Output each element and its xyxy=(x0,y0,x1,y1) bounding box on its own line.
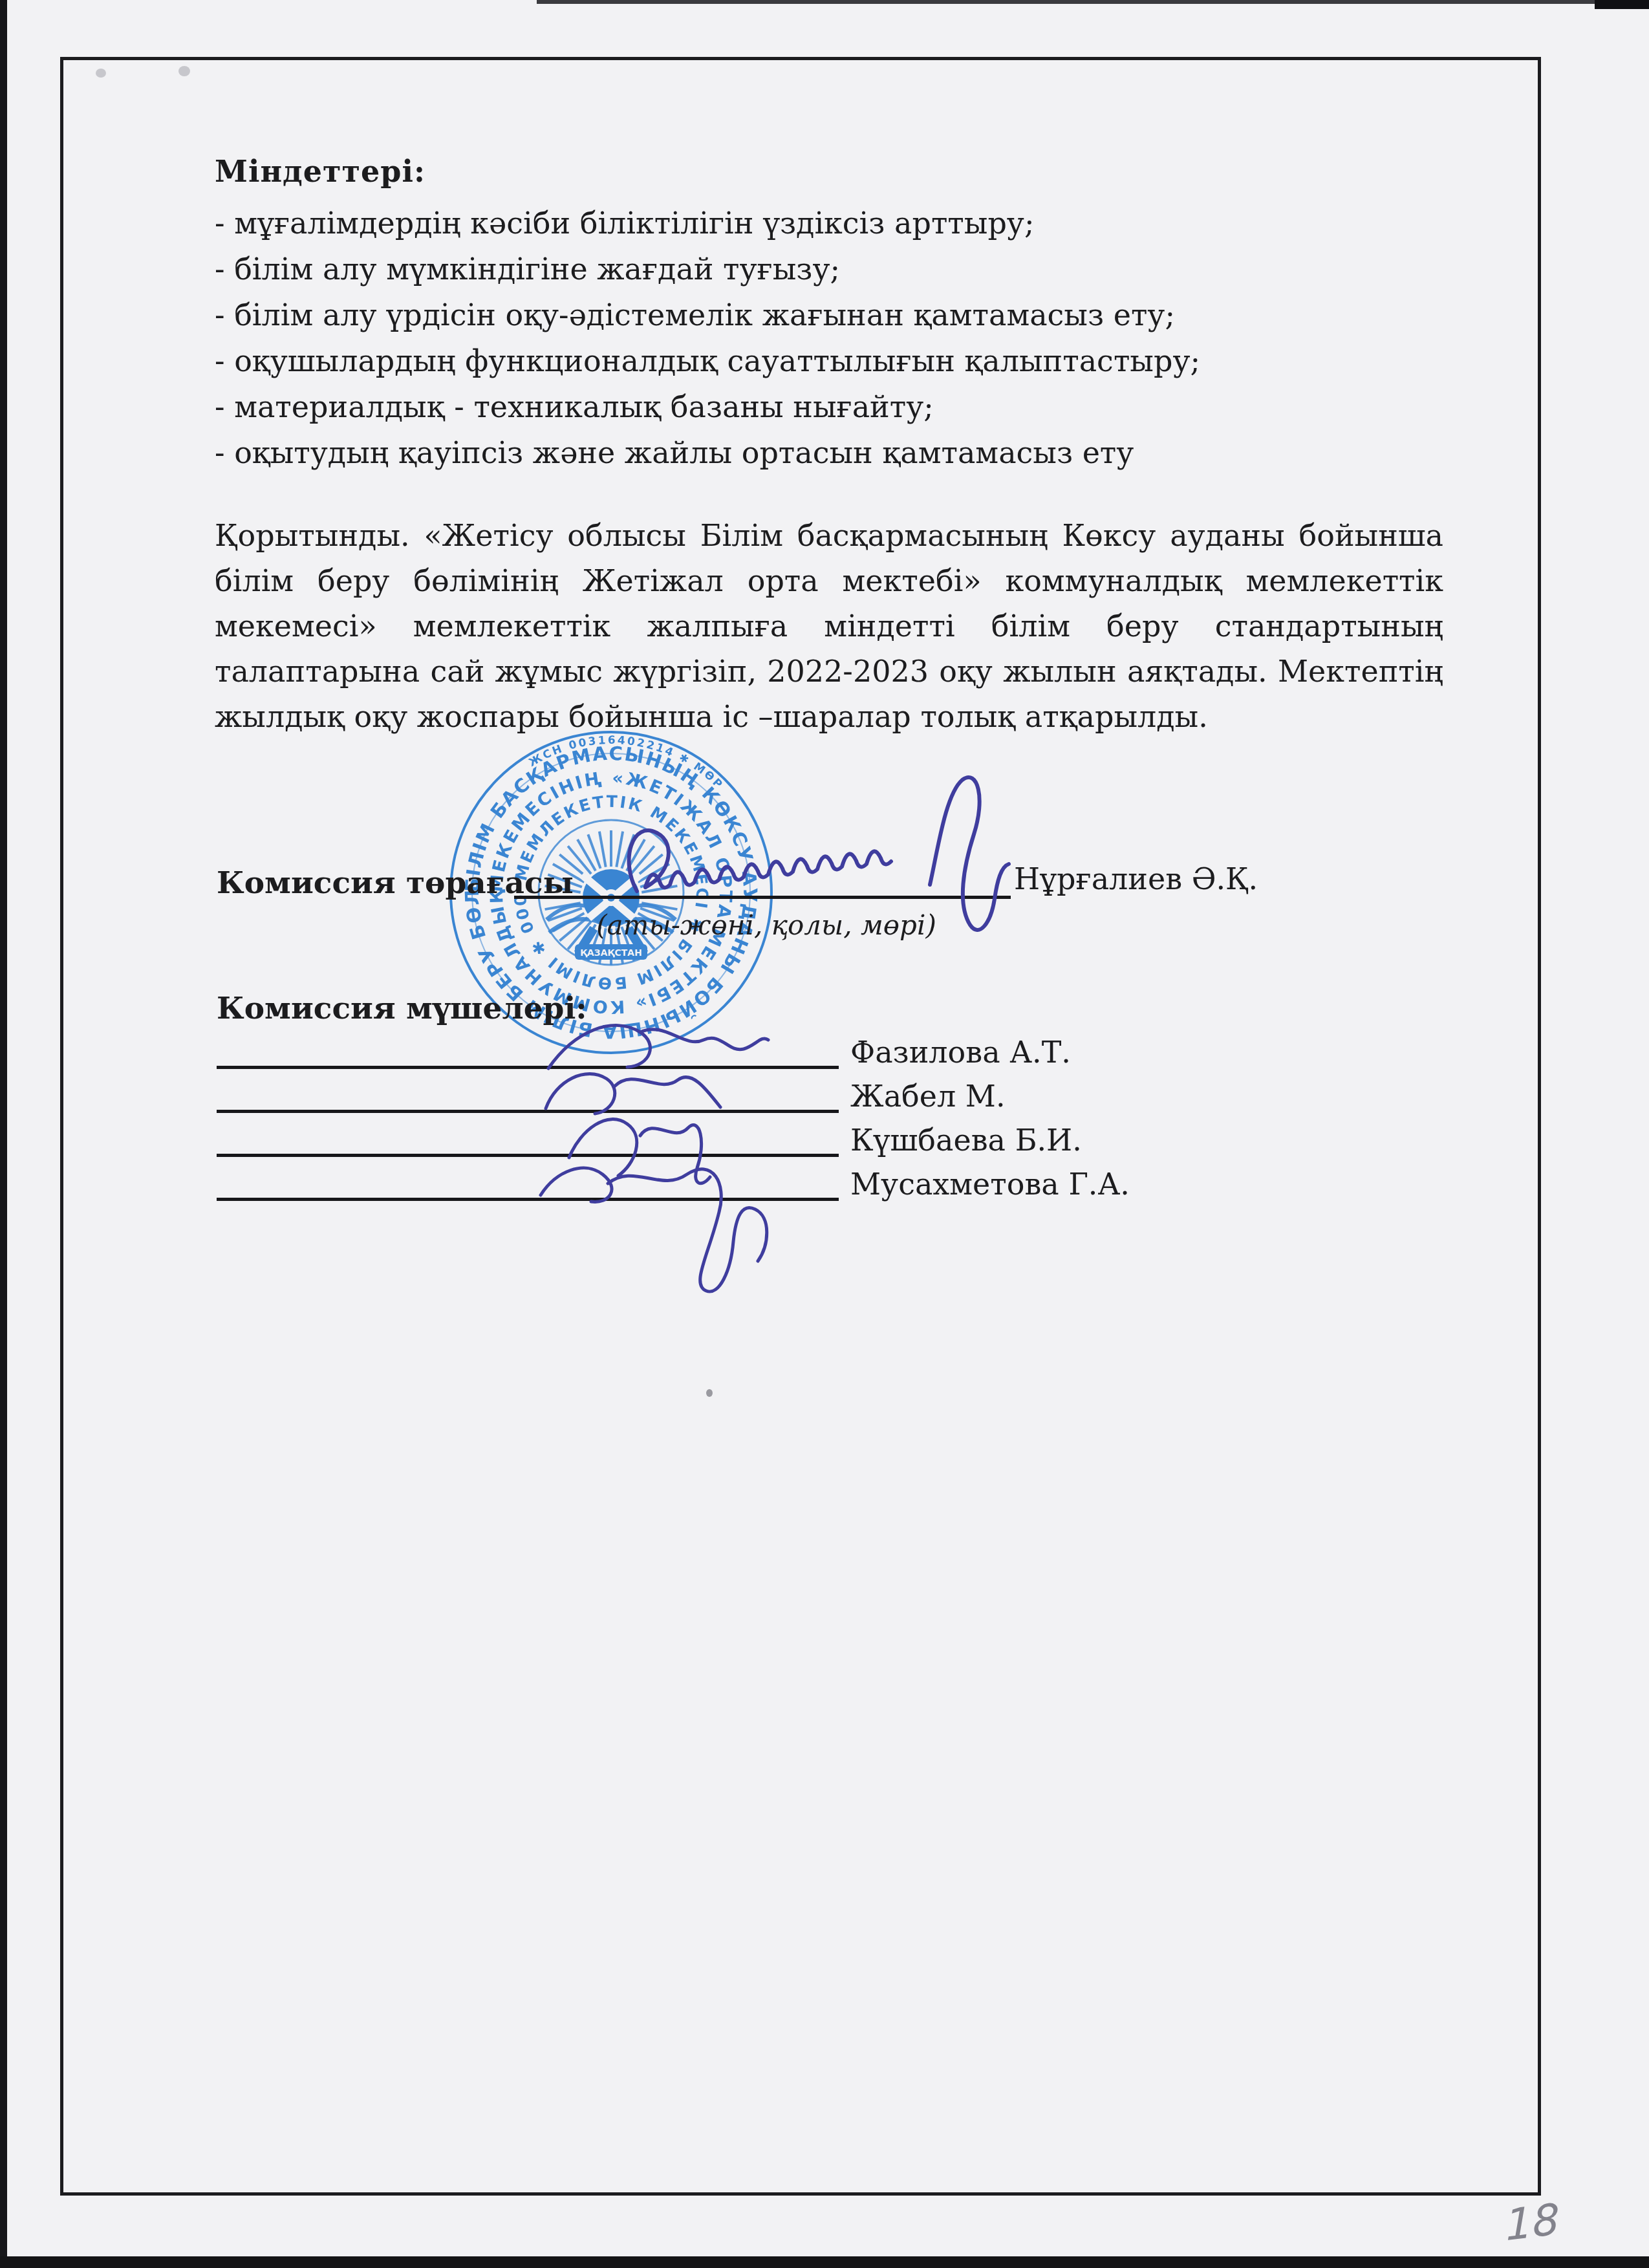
task-list: - мұғалімдердің кәсіби біліктілігін үзді… xyxy=(215,200,1443,476)
member-signature-line xyxy=(217,1110,839,1113)
scan-edge-top xyxy=(537,0,1649,4)
chairman-signature xyxy=(608,737,1035,951)
member-signature xyxy=(524,1133,808,1295)
scanned-document-page: Міндеттері: - мұғалімдердің кәсіби білік… xyxy=(0,0,1649,2268)
scan-edge-bottom xyxy=(0,2256,1649,2268)
paragraph-line: жылдық оқу жоспары бойынша іс –шаралар т… xyxy=(215,694,1443,739)
section-heading: Міндеттері: xyxy=(215,154,426,189)
task-item: - материалдық - техникалық базаны нығайт… xyxy=(215,384,1443,430)
chairman-name: Нұрғалиев Ә.Қ. xyxy=(1014,861,1258,896)
task-item: - оқытудың қауіпсіз және жайлы ортасын қ… xyxy=(215,430,1443,476)
member-name: Фазилова А.Т. xyxy=(850,1035,1071,1070)
paragraph-line: талаптарына сай жұмыс жүргізіп, 2022-202… xyxy=(215,649,1443,694)
conclusion-paragraph: Қорытынды. «Жетісу облысы Білім басқарма… xyxy=(215,513,1443,739)
member-name: Мусахметова Г.А. xyxy=(850,1167,1130,1202)
scan-edge-left xyxy=(0,0,7,2268)
task-item: - оқушылардың функционалдық сауаттылығын… xyxy=(215,338,1443,384)
member-name: Жабел М. xyxy=(850,1079,1006,1114)
paragraph-line: білім беру бөлімінің Жетіжал орта мектеб… xyxy=(215,558,1443,603)
task-item: - білім алу мүмкіндігіне жағдай туғызу; xyxy=(215,246,1443,292)
task-item: - мұғалімдердің кәсіби біліктілігін үзді… xyxy=(215,200,1443,246)
scan-edge-corner xyxy=(1595,0,1649,9)
paragraph-line: Қорытынды. «Жетісу облысы Білім басқарма… xyxy=(215,513,1443,558)
task-item: - білім алу үрдісін оқу-әдістемелік жағы… xyxy=(215,292,1443,338)
paragraph-line: мекемесі» мемлекеттік жалпыға міндетті б… xyxy=(215,603,1443,649)
page-number: 18 xyxy=(1505,2194,1560,2251)
member-name: Күшбаева Б.И. xyxy=(850,1123,1082,1158)
